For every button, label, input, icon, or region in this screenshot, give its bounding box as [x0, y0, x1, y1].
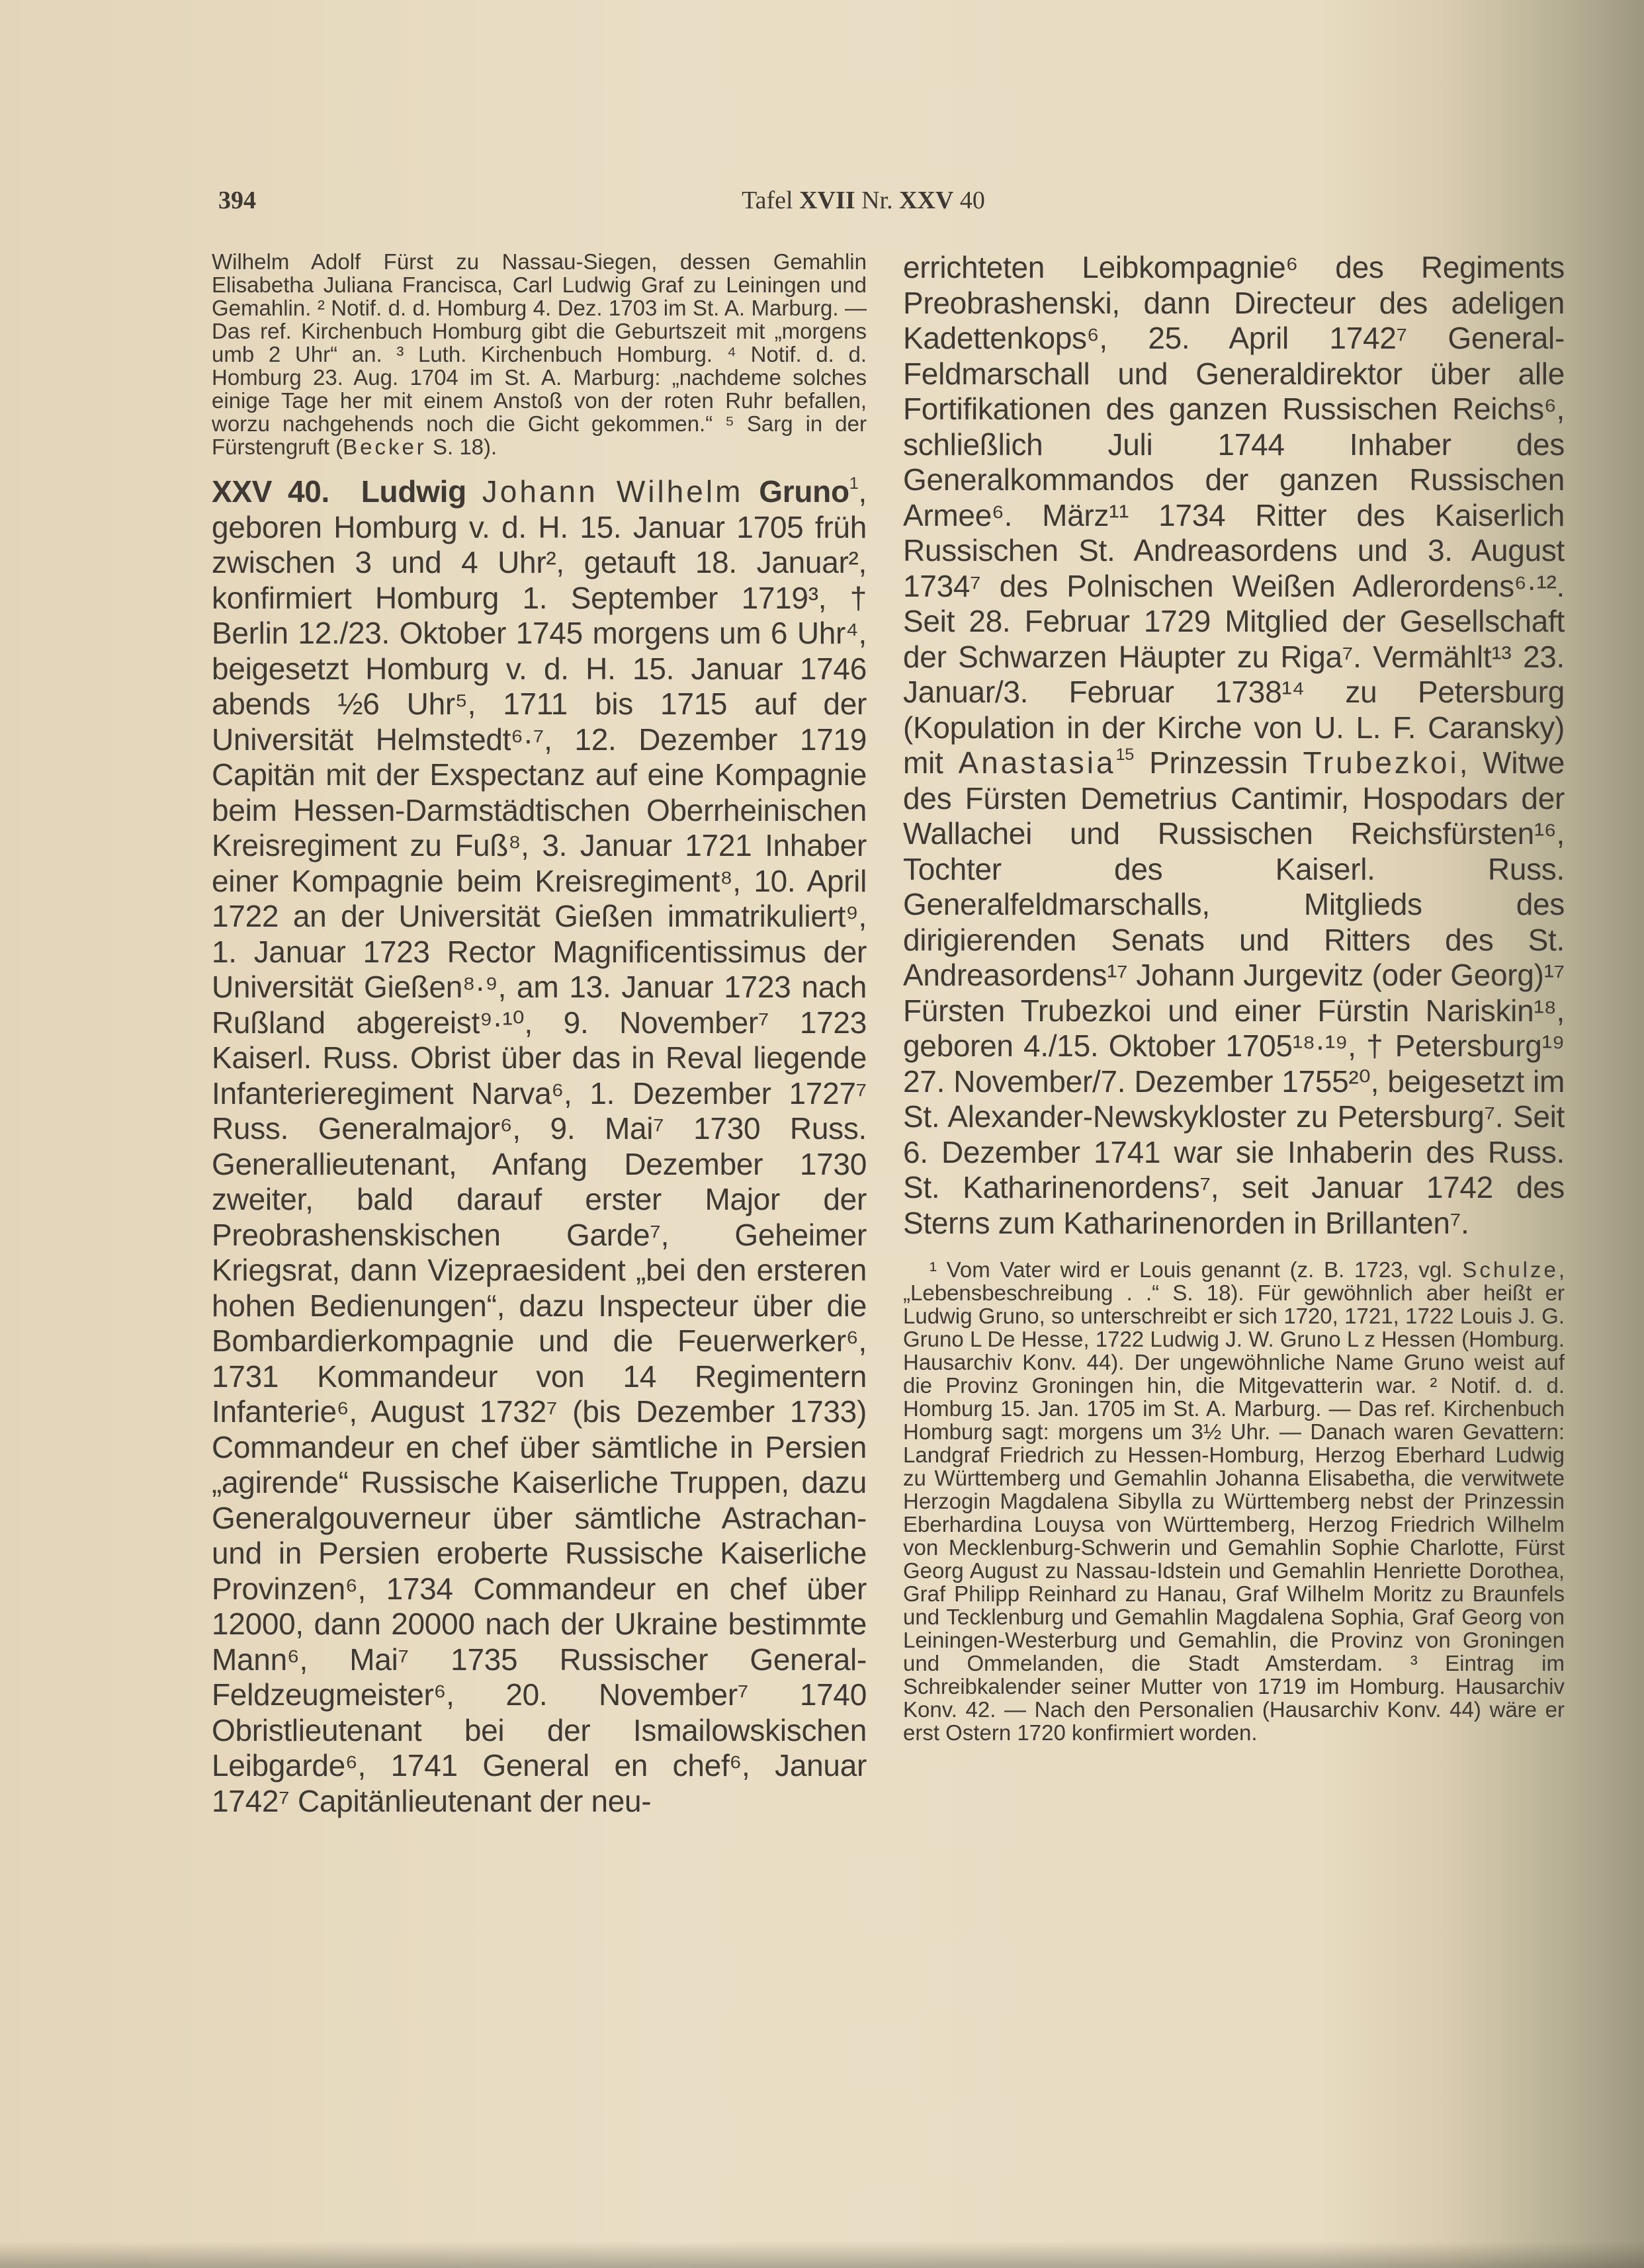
running-head: 394 Tafel XVII Nr. XXV 40: [218, 184, 1508, 217]
entry-name-middle: Johann Wilhelm: [482, 474, 744, 509]
title-entry-no: 40: [960, 187, 985, 214]
entry-id: XXV 40.: [212, 474, 329, 509]
spouse-footnote-ref: 15: [1116, 745, 1135, 764]
entry-name-first: Ludwig: [361, 474, 466, 509]
footnote-1-start: ¹ Vom Vater wird er Louis genannt (z. B.…: [930, 1257, 1462, 1282]
title-entry: XXV: [899, 187, 953, 214]
footnote-1-author: Schulze: [1462, 1257, 1558, 1282]
left-column: Wilhelm Adolf Fürst zu Nassau-Siegen, de…: [212, 250, 867, 1819]
page-title: Tafel XVII Nr. XXV 40: [218, 184, 1508, 217]
footnote-block: ¹ Vom Vater wird er Louis genannt (z. B.…: [903, 1258, 1565, 1744]
entry-name-last: Gruno: [759, 474, 849, 509]
footnote-5-author: Becker: [343, 435, 427, 459]
footnote-5-ref: S. 18).: [427, 435, 497, 459]
spouse-details: , Witwe des Fürsten Demetrius Cantimir, …: [903, 745, 1565, 1240]
page-gutter-shade: [0, 2242, 1644, 2268]
spouse-house: Trubezkoi: [1303, 745, 1459, 780]
entry-text: , geboren Homburg v. d. H. 15. Januar 17…: [212, 474, 867, 1818]
footnotes: ¹ Vom Vater wird er Louis genannt (z. B.…: [903, 1258, 1565, 1744]
genealogy-entry: XXV 40. Ludwig Johann Wilhelm Gruno1, ge…: [212, 474, 867, 1819]
entry-name-footnote-ref: 1: [849, 474, 859, 493]
carryover-footnotes: Wilhelm Adolf Fürst zu Nassau-Siegen, de…: [212, 250, 867, 458]
spouse-name: Anastasia: [959, 745, 1116, 780]
text-prinzessin: Prinzessin: [1134, 745, 1303, 780]
continuation-text: errichteten Leibkompagnie⁶ des Regiments…: [903, 250, 1565, 780]
title-tafel: XVII: [799, 187, 855, 214]
right-column: errichteten Leibkompagnie⁶ des Regiments…: [903, 250, 1565, 1744]
title-nr-label: Nr.: [861, 187, 893, 214]
footnote-3: ³ Luth. Kirchenbuch Homburg.: [396, 342, 713, 366]
entry-continuation: errichteten Leibkompagnie⁶ des Regiments…: [903, 250, 1565, 1241]
footnote-2: ² Notif. d. d. Homburg 15. Jan. 1705 im …: [903, 1373, 1565, 1675]
title-prefix: Tafel: [742, 187, 793, 214]
